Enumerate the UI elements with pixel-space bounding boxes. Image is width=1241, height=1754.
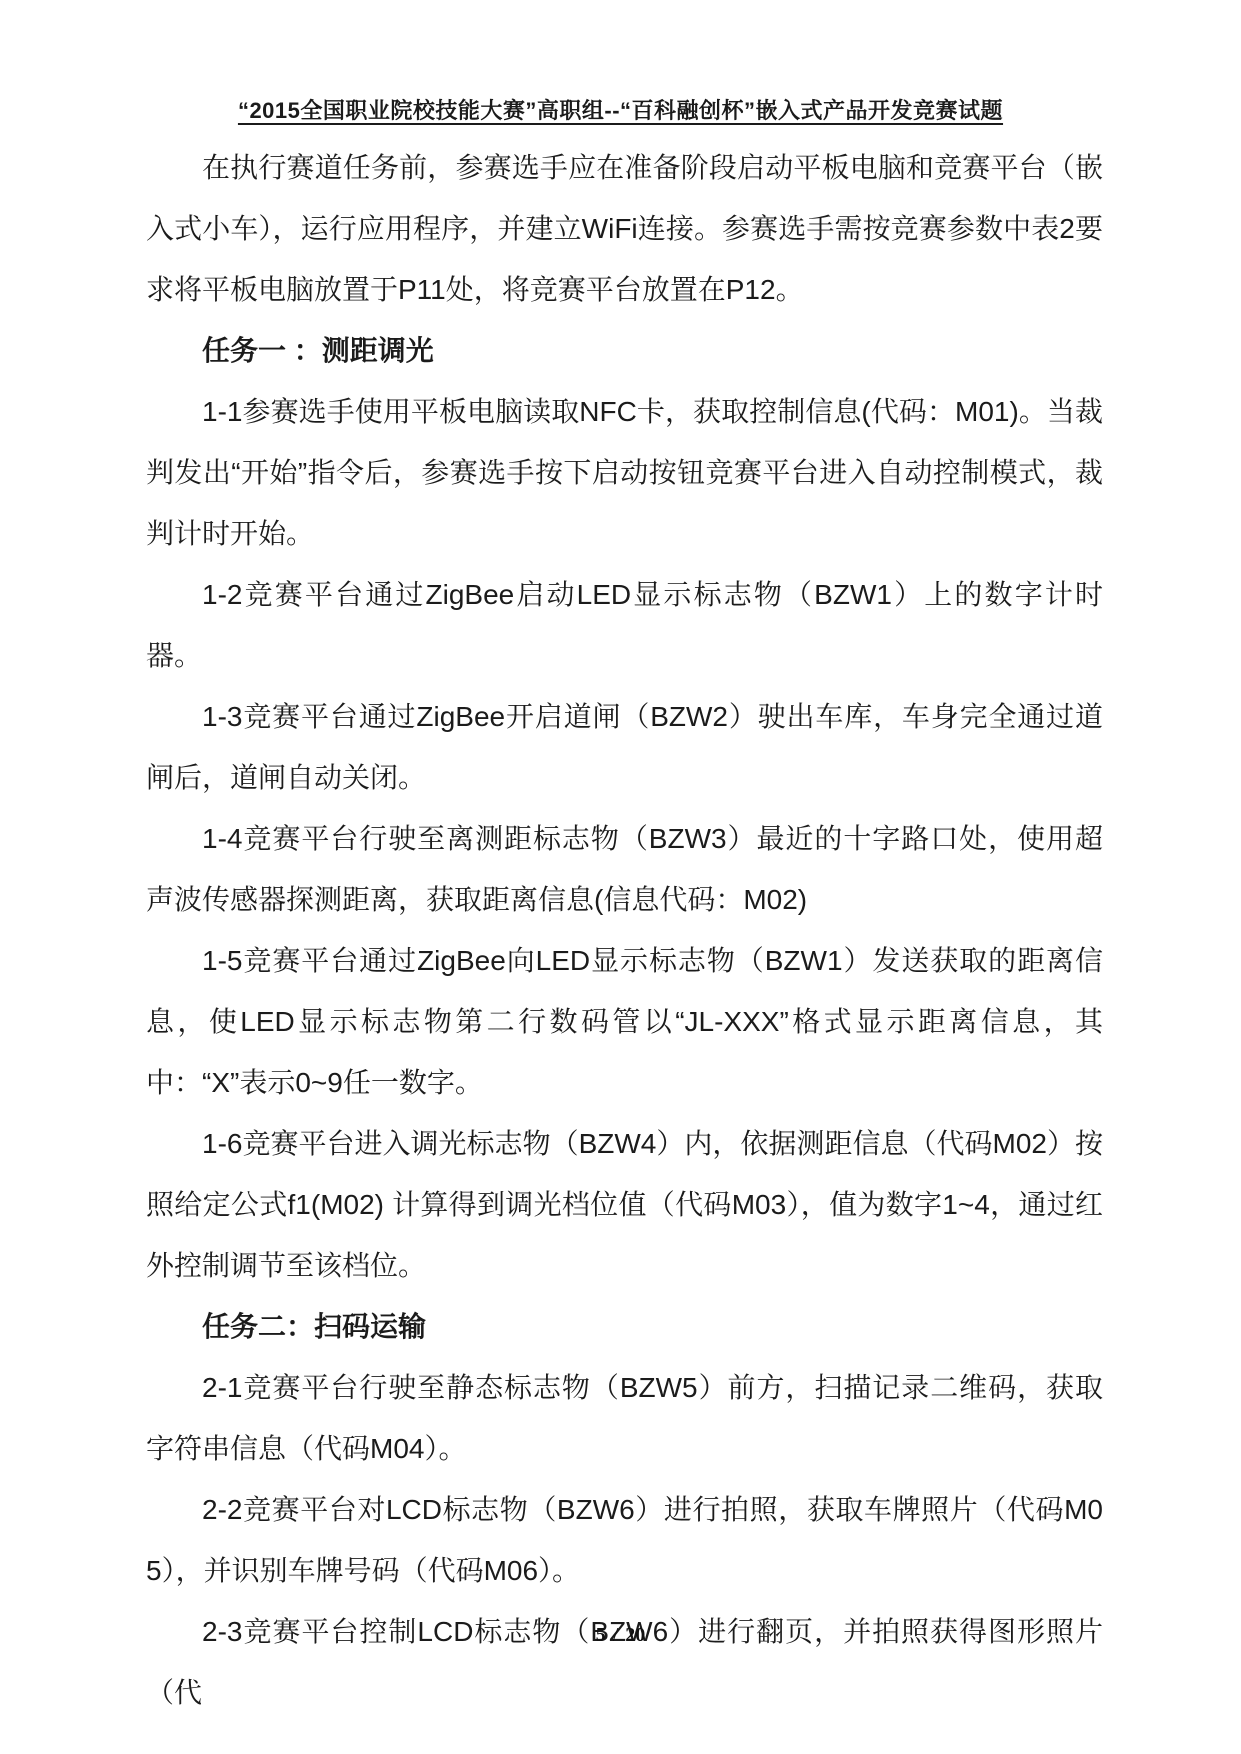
document-body: 在执行赛道任务前，参赛选手应在准备阶段启动平板电脑和竞赛平台（嵌入式小车），运行… <box>146 137 1103 1723</box>
paragraph-2-3: 2-3竞赛平台控制LCD标志物（BZW6）进行翻页，并拍照获得图形照片（代 <box>146 1601 1103 1723</box>
paragraph-1-6: 1-6竞赛平台进入调光标志物（BZW4）内，依据测距信息（代码M02）按照给定公… <box>146 1113 1103 1296</box>
page-number-total: 20 <box>625 1624 645 1646</box>
document-page: “2015全国职业院校技能大赛”高职组--“百科融创杯”嵌入式产品开发竞赛试题 … <box>0 0 1241 1754</box>
document-title: “2015全国职业院校技能大赛”高职组--“百科融创杯”嵌入式产品开发竞赛试题 <box>238 98 1003 123</box>
paragraph-preparation: 在执行赛道任务前，参赛选手应在准备阶段启动平板电脑和竞赛平台（嵌入式小车），运行… <box>146 137 1103 320</box>
page-number-current: 5 <box>596 1624 606 1646</box>
paragraph-1-3: 1-3竞赛平台通过ZigBee开启道闸（BZW2）驶出车库，车身完全通过道闸后，… <box>146 686 1103 808</box>
paragraph-1-4: 1-4竞赛平台行驶至离测距标志物（BZW3）最近的十字路口处，使用超声波传感器探… <box>146 808 1103 930</box>
page-footer: 5/20 <box>0 1624 1241 1647</box>
paragraph-1-1: 1-1参赛选手使用平板电脑读取NFC卡，获取控制信息(代码：M01)。当裁判发出… <box>146 381 1103 564</box>
heading-task-2: 任务二：扫码运输 <box>146 1296 1103 1357</box>
paragraph-1-2: 1-2竞赛平台通过ZigBee启动LED显示标志物（BZW1）上的数字计时器。 <box>146 564 1103 686</box>
heading-task-1: 任务一 ：测距调光 <box>146 320 1103 381</box>
paragraph-2-2: 2-2竞赛平台对LCD标志物（BZW6）进行拍照，获取车牌照片（代码M05），并… <box>146 1479 1103 1601</box>
paragraph-1-5: 1-5竞赛平台通过ZigBee向LED显示标志物（BZW1）发送获取的距离信息，… <box>146 930 1103 1113</box>
page-number-separator: / <box>606 1624 626 1646</box>
paragraph-2-1: 2-1竞赛平台行驶至静态标志物（BZW5）前方，扫描记录二维码，获取字符串信息（… <box>146 1357 1103 1479</box>
document-header: “2015全国职业院校技能大赛”高职组--“百科融创杯”嵌入式产品开发竞赛试题 <box>0 94 1241 125</box>
